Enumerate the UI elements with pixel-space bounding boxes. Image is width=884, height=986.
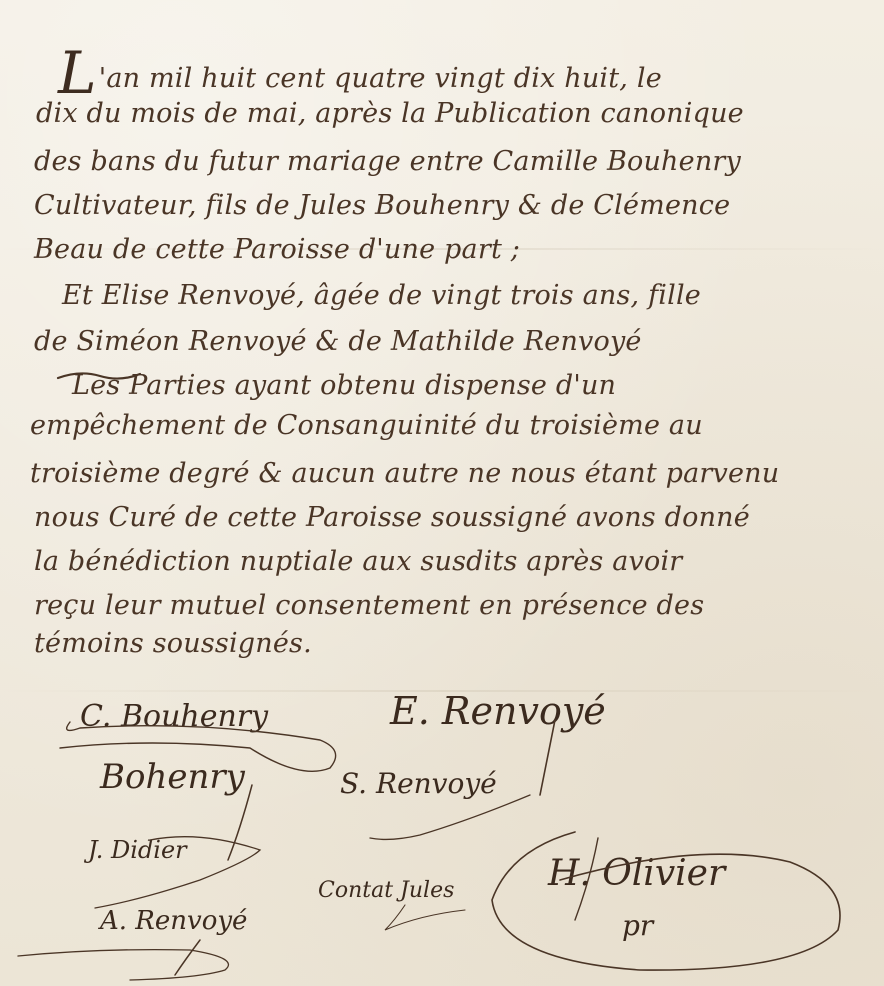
body-line-4: Cultivateur, fils de Jules Bouhenry & de… <box>34 192 730 219</box>
body-line-2: dix du mois de mai, après la Publication… <box>36 100 744 127</box>
decorative-initial: L <box>58 39 97 107</box>
signature-s-renvoye: S. Renvoyé <box>340 770 497 798</box>
body-line-3: des bans du futur mariage entre Camille … <box>34 148 741 175</box>
signature-h-olivier: H. Olivier <box>548 856 725 892</box>
signature-j-didier: J. Didier <box>88 838 187 862</box>
body-line-10: troisième degré & aucun autre ne nous ét… <box>30 460 779 487</box>
signature-c-bouhenry: C. Bouhenry <box>80 702 268 732</box>
body-line-7: de Siméon Renvoyé & de Mathilde Renvoyé <box>34 328 642 355</box>
body-line-14: témoins soussignés. <box>34 630 312 657</box>
body-line-5: Beau de cette Paroisse d'une part ; <box>34 236 520 263</box>
signature-bohenry: Bohenry <box>100 760 245 794</box>
body-line-11: nous Curé de cette Paroisse soussigné av… <box>34 504 750 531</box>
body-line-1: L'an mil huit cent quatre vingt dix huit… <box>58 38 662 96</box>
signature-priest-mark: pr <box>622 912 653 940</box>
body-line-12: la bénédiction nuptiale aux susdits aprè… <box>34 548 682 575</box>
body-line-9: empêchement de Consanguinité du troisièm… <box>30 412 703 439</box>
signature-a-renvoye: A. Renvoyé <box>100 908 247 934</box>
signature-contat-jules: Contat Jules <box>318 880 454 902</box>
signature-e-renvoye: E. Renvoyé <box>390 692 606 730</box>
body-line-8: Les Parties ayant obtenu dispense d'un <box>72 372 616 399</box>
body-line-text: 'an mil huit cent quatre vingt dix huit,… <box>99 63 662 94</box>
body-line-13: reçu leur mutuel consentement en présenc… <box>34 592 704 619</box>
document-page: L'an mil huit cent quatre vingt dix huit… <box>0 0 884 986</box>
body-line-6: Et Elise Renvoyé, âgée de vingt trois an… <box>62 282 701 309</box>
